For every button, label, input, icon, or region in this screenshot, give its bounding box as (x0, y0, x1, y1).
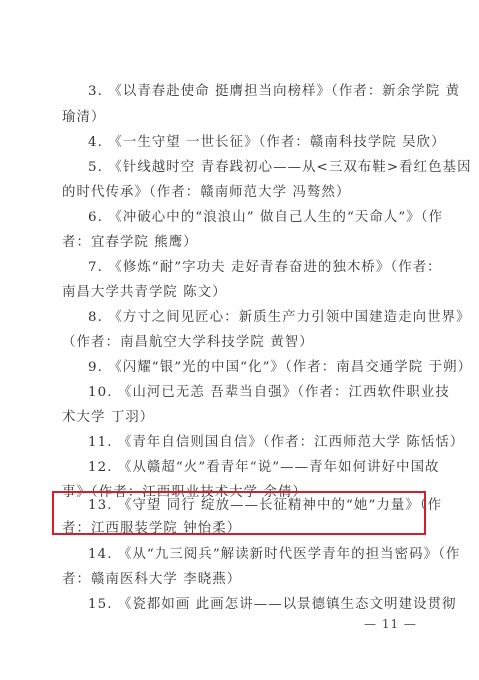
text-line: 6. 《冲破心中的“浪浪山” 做自己人生的“天命人”》（作 (88, 210, 422, 226)
text-line: 瑜清） (62, 110, 422, 126)
text-line: 14. 《从“九三阅兵”解读新时代医学青年的担当密码》（作 (88, 547, 422, 563)
text-line: （作者：南昌航空大学科技学院 黄智） (62, 335, 422, 351)
text-line: 9. 《闪耀“银”光的中国“化”》（作者：南昌交通学院 于朔） (88, 360, 422, 376)
text-line: 者：宜春学院 熊鹰） (62, 235, 422, 251)
text-line: 7. 《修炼“耐”字功夫 走好青春奋进的独木桥》（作者： (88, 260, 422, 276)
text-line: 4. 《一生守望 一世长征》（作者：赣南科技学院 吴欣） (88, 135, 422, 151)
text-line: 5. 《针线越时空 青春践初心——从<三双布鞋>看红色基因 (88, 160, 422, 176)
text-line: 术大学 丁羽） (62, 410, 422, 426)
text-line: 的时代传承》（作者：赣南师范大学 冯骜然） (62, 185, 422, 201)
document-page: 3. 《以青春赴使命 挺膺担当向榜样》（作者：新余学院 黄瑜清）4. 《一生守望… (0, 0, 479, 680)
text-line: 8. 《方寸之间见匠心：新质生产力引领中国建造走向世界》 (88, 310, 422, 326)
text-line: 南昌大学共青学院 陈文） (62, 285, 422, 301)
text-line: 3. 《以青春赴使命 挺膺担当向榜样》（作者：新余学院 黄 (88, 84, 422, 100)
text-line: 15. 《瓷都如画 此画怎讲——以景德镇生态文明建设贯彻 (88, 597, 422, 613)
text-line: 者：赣南医科大学 李晓燕） (62, 572, 422, 588)
page-number: — 11 — (364, 617, 417, 631)
text-line: 12. 《从赣超“火”看青年“说”——青年如何讲好中国故 (88, 460, 422, 476)
highlight-box (52, 491, 426, 535)
text-line: 11. 《青年自信则国自信》（作者：江西师范大学 陈恬恬） (88, 435, 422, 451)
text-line: 10. 《山河已无恙 吾辈当自强》（作者：江西软件职业技 (88, 385, 422, 401)
